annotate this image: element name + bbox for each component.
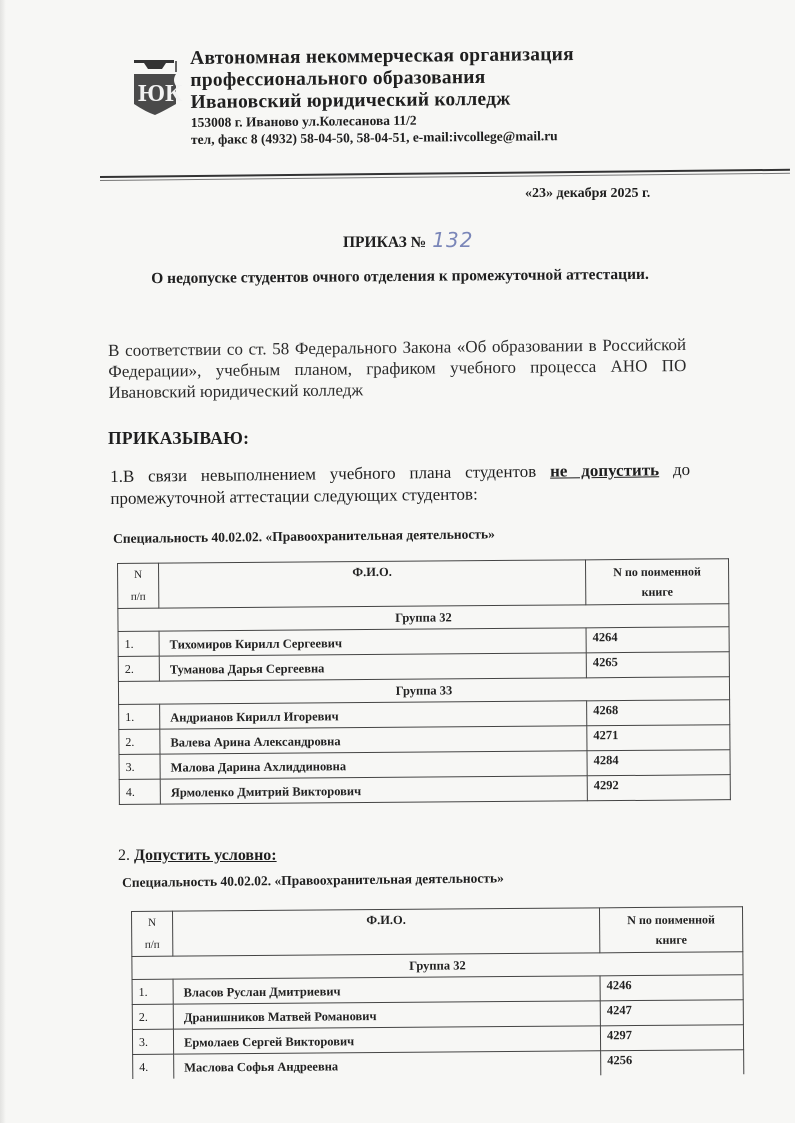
svg-text:ЮК: ЮК	[138, 81, 183, 107]
header-book-number: N по поименной книге	[599, 907, 742, 953]
header-fio: Ф.И.О.	[173, 908, 600, 956]
college-logo-icon: ЮК	[132, 58, 184, 116]
order-subject: О недопуске студентов очного отделения к…	[130, 264, 670, 291]
not-admitted-table: N п/п Ф.И.О. N по поименной книге Группа…	[117, 558, 731, 805]
header-number: N п/п	[132, 911, 173, 956]
specialty-label-1: Специальность 40.02.02. «Правоохранитель…	[113, 526, 495, 547]
letterhead: Автономная некоммерческая организация пр…	[190, 44, 575, 148]
header-book-number: N по поименной книге	[585, 559, 728, 605]
order-number-handwritten: 132	[432, 228, 473, 252]
header-number: N п/п	[118, 563, 159, 608]
item1-emphasis: не допустить	[550, 460, 659, 480]
conditionally-admitted-table: N п/п Ф.И.О. N по поименной книге Группа…	[131, 906, 744, 1079]
org-name-line1: Автономная некоммерческая организация	[190, 44, 574, 70]
table-row: 4. Ярмоленко Дмитрий Викторович 4292	[119, 775, 730, 805]
item2-emphasis: Допустить условно:	[134, 847, 277, 864]
order-item-2: 2. Допустить условно:	[118, 847, 277, 865]
order-title: ПРИКАЗ №132	[343, 228, 473, 252]
table-header-row: N п/п Ф.И.О. N по поименной книге	[132, 907, 743, 957]
scan-edge	[0, 0, 6, 1123]
header-fio: Ф.И.О.	[159, 560, 586, 608]
order-title-text: ПРИКАЗ №	[343, 234, 426, 251]
org-contacts: тел, факс 8 (4932) 58-04-50, 58-04-51, e…	[191, 127, 575, 148]
item2-prefix: 2.	[118, 847, 134, 864]
table-row: 4. Маслова Софья Андреевна 4256	[133, 1050, 744, 1079]
preamble-paragraph: В соответствии со ст. 58 Федерального За…	[108, 334, 687, 403]
item1-prefix: 1.В связи невыполнением учебного плана с…	[110, 462, 550, 486]
order-item-1: 1.В связи невыполнением учебного плана с…	[110, 459, 690, 510]
orders-heading: ПРИКАЗЫВАЮ:	[108, 428, 249, 449]
table-header-row: N п/п Ф.И.О. N по поименной книге	[118, 559, 729, 609]
order-date: «23» декабря 2025 г.	[525, 186, 650, 202]
document-page: ЮК Автономная некоммерческая организация…	[0, 0, 795, 1123]
specialty-label-2: Специальность 40.02.02. «Правоохранитель…	[122, 870, 504, 891]
